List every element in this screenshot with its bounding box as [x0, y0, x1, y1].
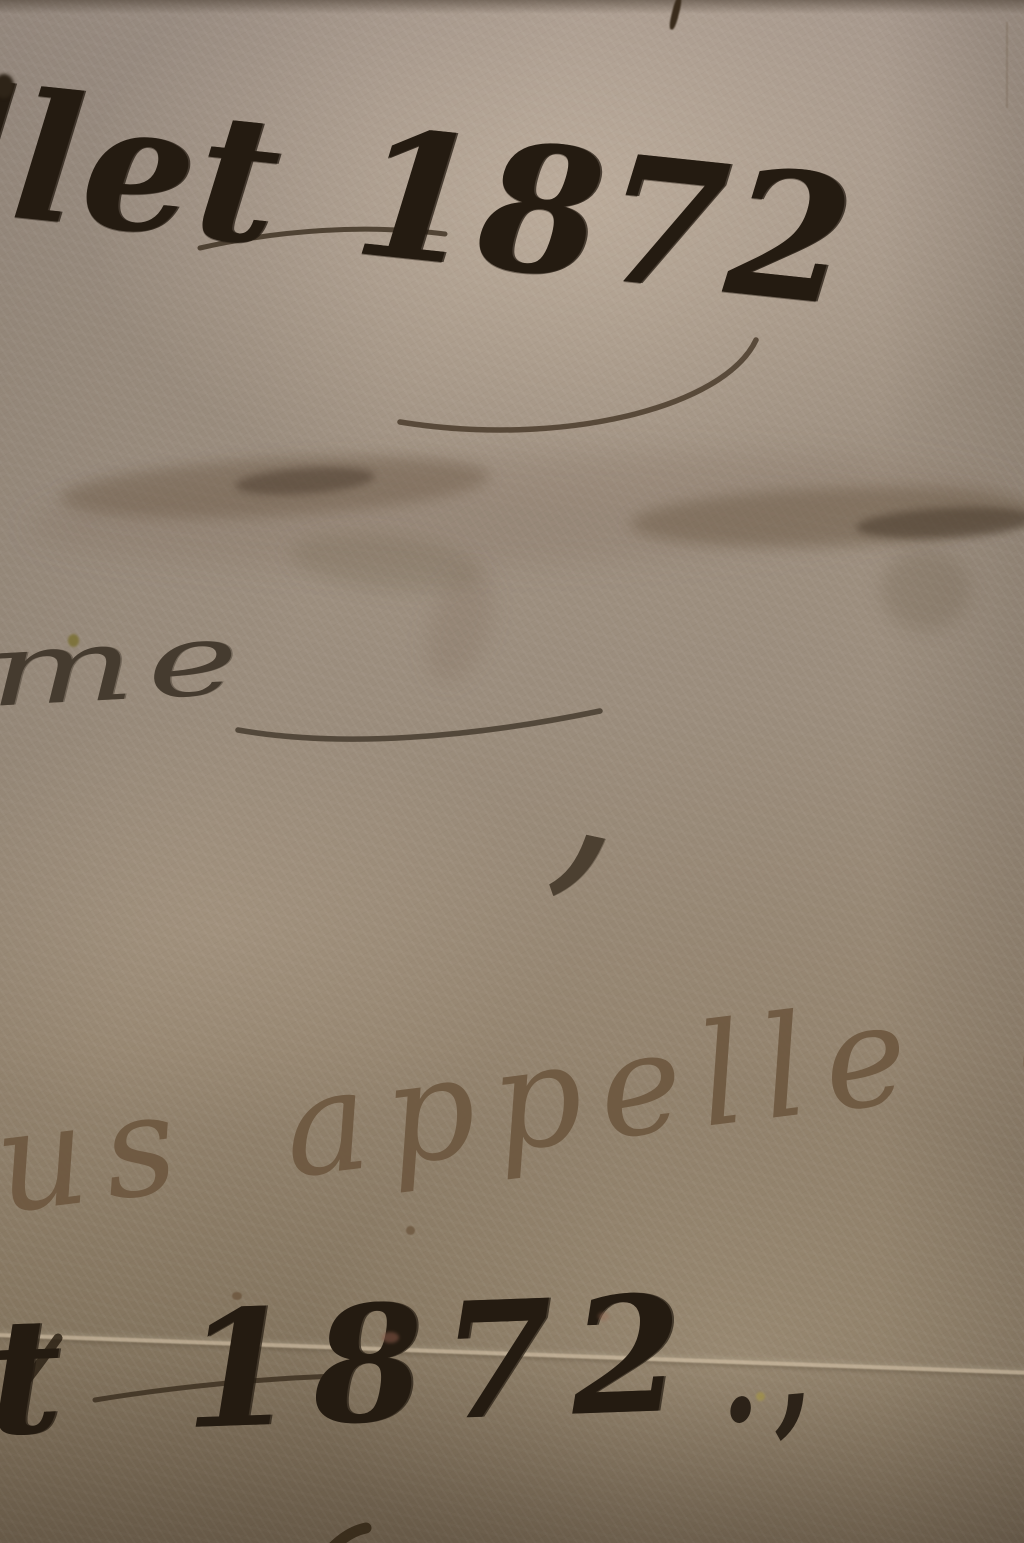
- paper-scratch: [1006, 22, 1008, 108]
- yellow-speck: [756, 1392, 765, 1401]
- handwriting-line-middle-word: me: [0, 608, 253, 722]
- handwriting-line-date-bottom: t 1872: [0, 1273, 703, 1458]
- manuscript-photo: llet 1872 me , us appelle a t 1872 .,: [0, 0, 1024, 1543]
- ink-dot: [232, 1292, 242, 1300]
- ink-dot: [406, 1226, 415, 1235]
- red-speck: [382, 1332, 399, 1343]
- handwriting-text: t 1872: [0, 1259, 704, 1472]
- handwriting-text: me: [0, 599, 254, 730]
- trailing-dash-stroke: [238, 711, 600, 739]
- partial-stroke-bottom-edge: [332, 1528, 366, 1543]
- olive-speck: [68, 634, 79, 647]
- underline-flourish: [400, 340, 756, 430]
- handwriting-punctuation: .,: [712, 1293, 829, 1445]
- handwriting-text: .,: [711, 1280, 830, 1456]
- red-speck: [598, 1312, 609, 1321]
